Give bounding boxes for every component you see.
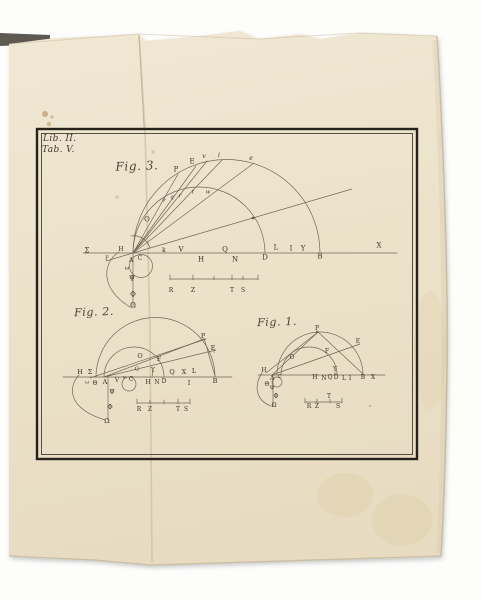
fig3-intersection-dot [252, 217, 255, 220]
page-sheet [9, 31, 447, 565]
plate-artwork [0, 0, 482, 600]
photographed-book-plate: Lib. II. Tab. V. Fig. 3. Fig. 2. Fig. 1.… [0, 0, 482, 600]
fig1-P-dot [316, 331, 318, 333]
